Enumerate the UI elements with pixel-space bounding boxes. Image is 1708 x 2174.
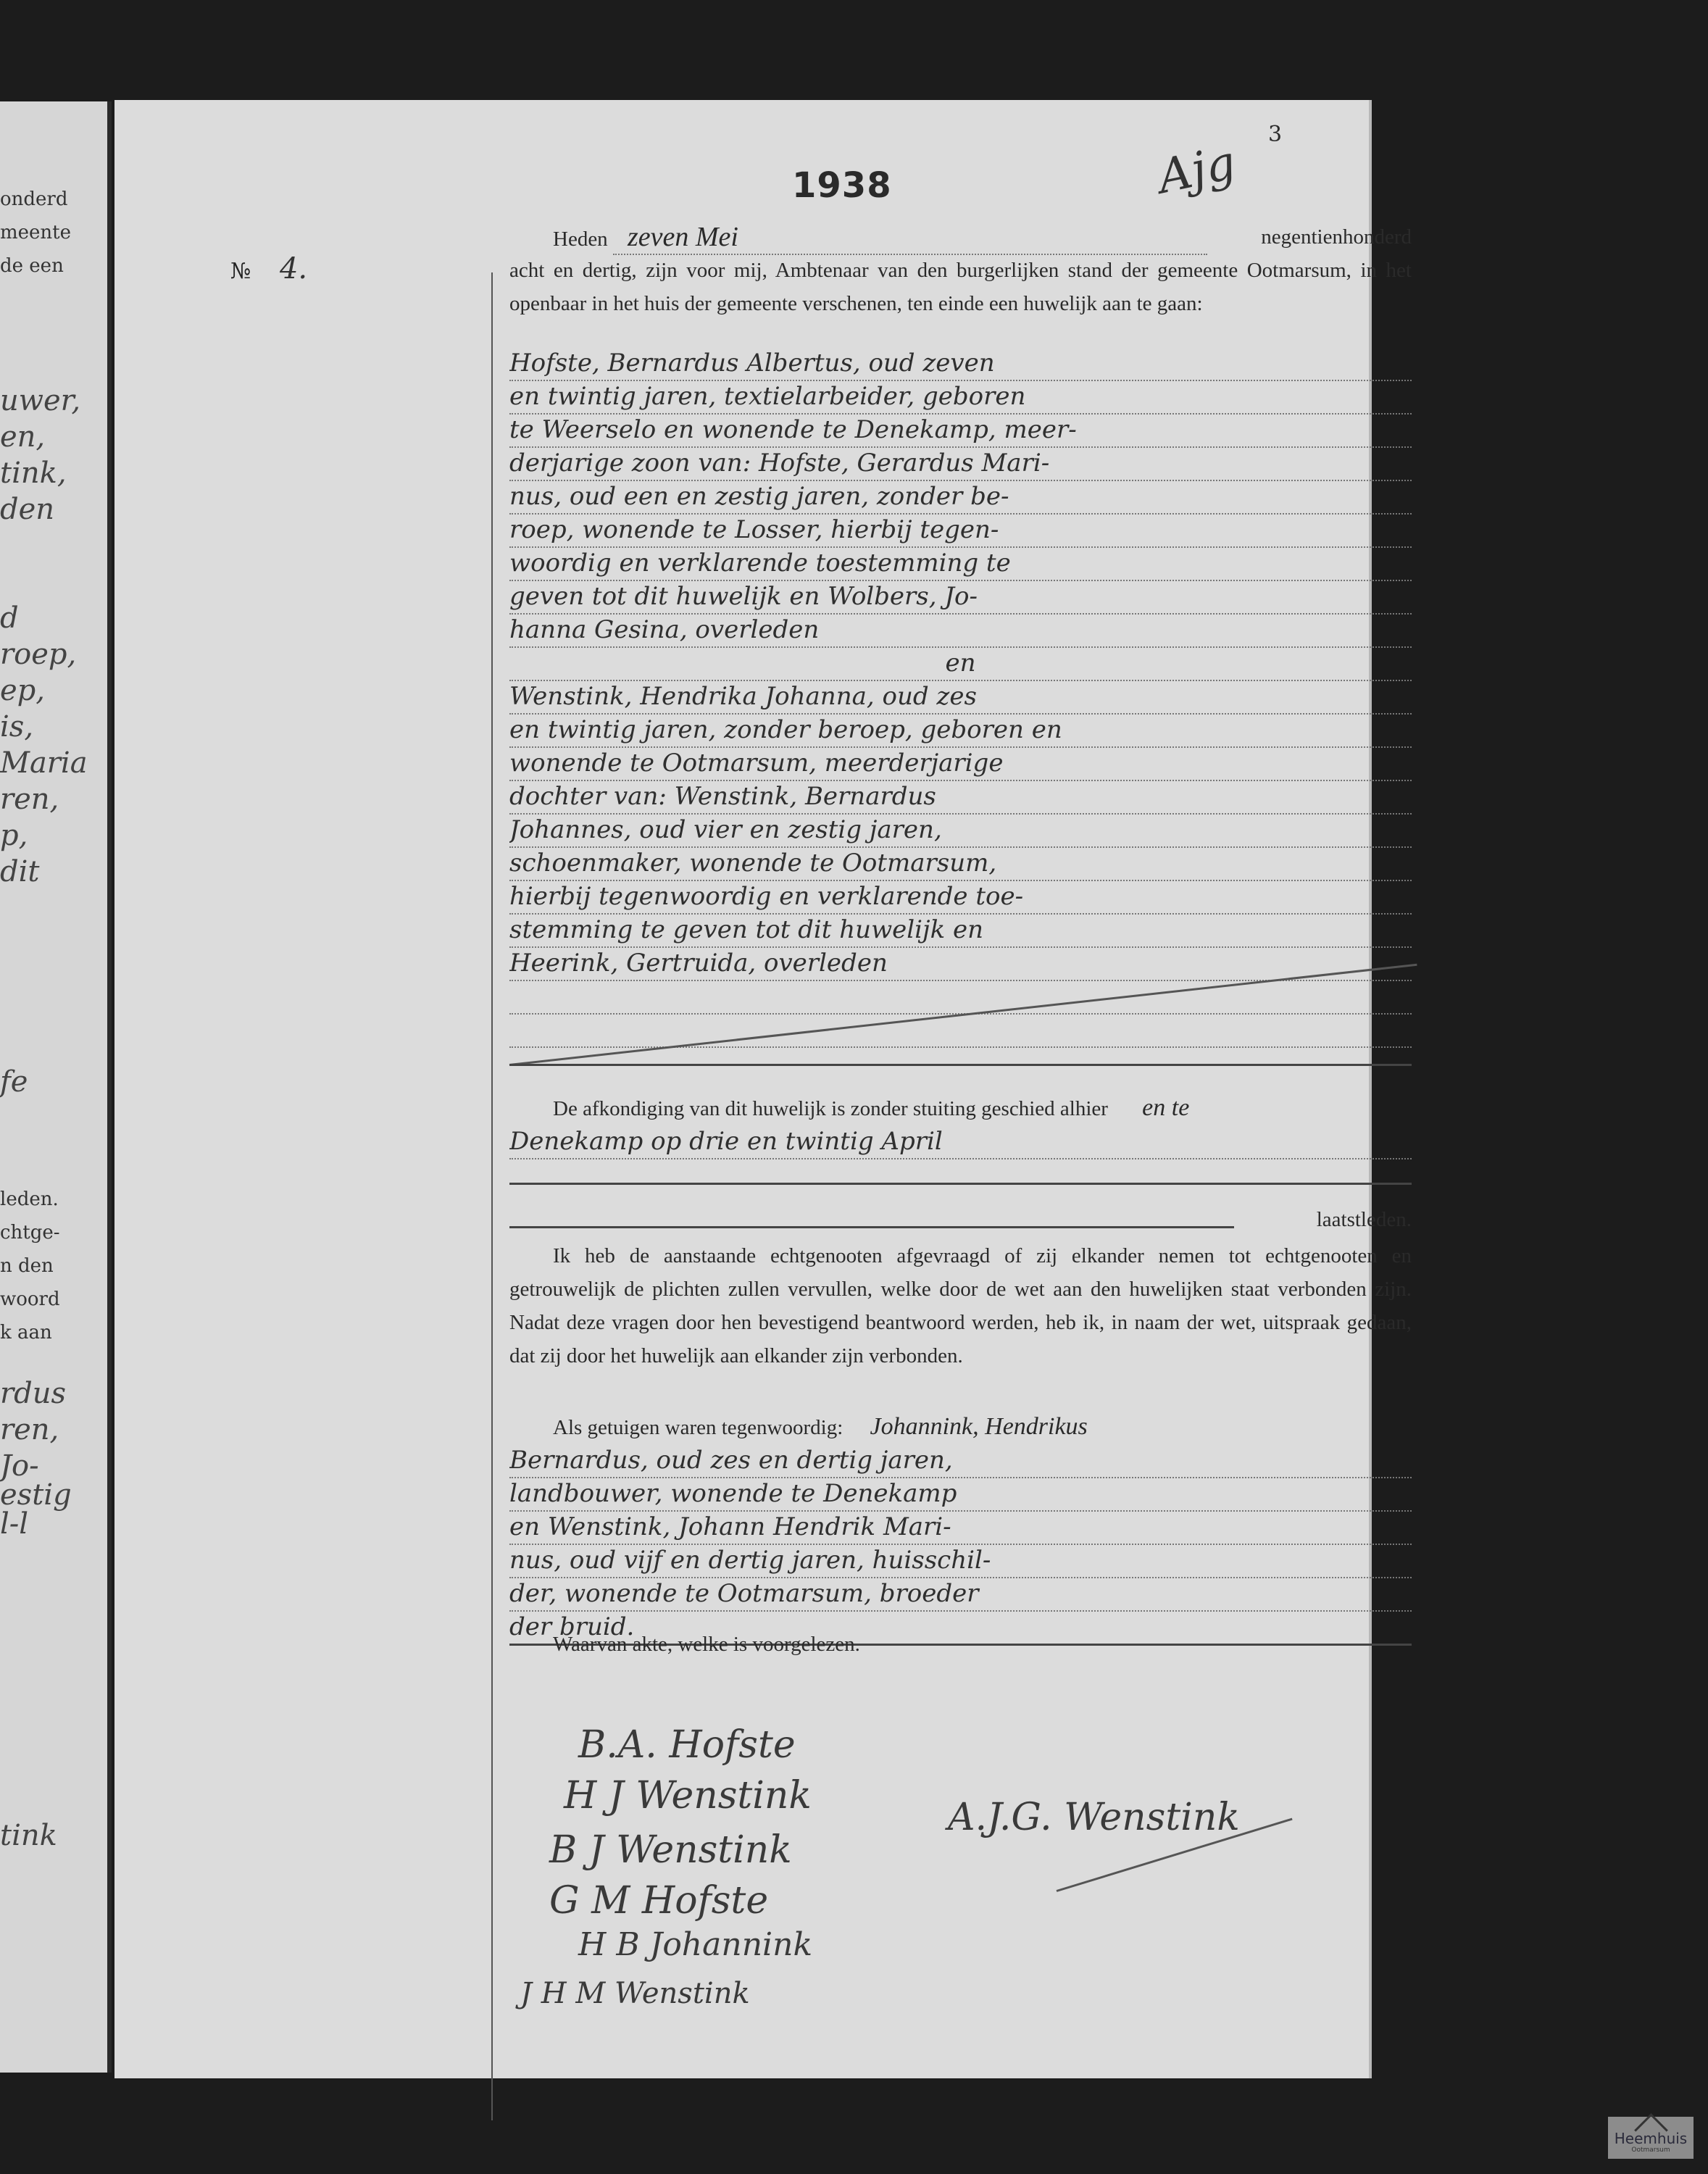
- heden-label: Heden: [553, 228, 608, 251]
- signature-bride: H J Wenstink: [564, 1774, 812, 1817]
- left-page-handwriting: l-l: [0, 1507, 28, 1541]
- section-rule: [509, 1064, 1412, 1066]
- groom-line: woordig en verklarende toestemming te: [509, 546, 1412, 581]
- official-initials: Ajg: [1153, 136, 1240, 205]
- left-page-handwriting: ren,: [0, 1413, 59, 1446]
- bride-line: Johannes, oud vier en zestig jaren,: [509, 813, 1412, 848]
- witness-line: en Wenstink, Johann Hendrik Mari-: [509, 1510, 1412, 1545]
- groom-line: en twintig jaren, textielarbeider, gebor…: [509, 380, 1412, 415]
- register-page: 3 Ajg 1938 № 4. Heden zeven Mei negentie…: [114, 100, 1372, 2078]
- left-page-text: de een: [0, 255, 64, 277]
- groom-line: Hofste, Bernardus Albertus, oud zeven: [509, 346, 1412, 381]
- left-page-text: chtge-: [0, 1222, 64, 1244]
- witnesses-label: Als getuigen waren tegenwoordig:: [553, 1416, 843, 1439]
- bride-line: hierbij tegenwoordig en verklarende toe-: [509, 880, 1412, 915]
- akte-number-value: 4.: [280, 252, 307, 286]
- groom-line: te Weerselo en wonende te Denekamp, meer…: [509, 413, 1412, 448]
- left-page-handwriting: fe: [0, 1065, 28, 1099]
- left-page-handwriting: uwer,: [0, 384, 80, 417]
- afkondiging-handwritten: en te: [1142, 1094, 1189, 1121]
- number-sign: №: [230, 259, 251, 284]
- left-page-handwriting: tink: [0, 1819, 57, 1852]
- left-page-fragment: onderd meente de een uwer, en, tink, den…: [0, 101, 112, 2073]
- left-page-handwriting: is,: [0, 710, 33, 744]
- signature-bride-father: B J Wenstink: [549, 1828, 792, 1872]
- left-page-handwriting: ren,: [0, 783, 59, 816]
- left-page-text: onderd: [0, 188, 64, 210]
- bride-line: stemming te geven tot dit huwelijk en: [509, 913, 1412, 948]
- witness-first-line: Als getuigen waren tegenwoordig: Johanni…: [509, 1410, 1412, 1444]
- witness-line: nus, oud vijf en dertig jaren, huisschil…: [509, 1544, 1412, 1578]
- groom-line: derjarige zoon van: Hofste, Gerardus Mar…: [509, 446, 1412, 481]
- heemhuis-watermark: Heemhuis Ootmarsum: [1608, 2117, 1694, 2159]
- left-page-text: n den: [0, 1255, 64, 1277]
- witness-line: der, wonende te Ootmarsum, broeder: [509, 1577, 1412, 1612]
- groom-line: roep, wonende te Losser, hierbij tegen-: [509, 513, 1412, 548]
- negentienhonderd-label: negentienhonderd: [1261, 220, 1412, 254]
- bride-line: wonende te Ootmarsum, meerderjarige: [509, 746, 1412, 781]
- groom-line: hanna Gesina, overleden: [509, 613, 1412, 648]
- left-page-handwriting: roep,: [0, 638, 76, 671]
- left-page-handwriting: den: [0, 493, 54, 526]
- witness-line: Bernardus, oud zes en dertig jaren,: [509, 1444, 1412, 1478]
- page-number: 3: [1268, 122, 1282, 147]
- afkondiging-text: De afkondiging van dit huwelijk is zonde…: [553, 1097, 1108, 1120]
- record-year: 1938: [792, 165, 892, 206]
- watermark-subtitle: Ootmarsum: [1608, 2146, 1694, 2154]
- left-page-handwriting: tink,: [0, 457, 67, 490]
- empty-line: [509, 1013, 1412, 1048]
- left-page-handwriting: dit: [0, 855, 39, 888]
- bride-line: dochter van: Wenstink, Bernardus: [509, 780, 1412, 815]
- bride-line: Wenstink, Hendrika Johanna, oud zes: [509, 680, 1412, 715]
- left-page-handwriting: ep,: [0, 674, 45, 707]
- filler-rule: [509, 1183, 1412, 1185]
- left-page-text: k aan: [0, 1322, 64, 1344]
- laatstleden-label: laatstleden.: [509, 1203, 1412, 1236]
- bride-line: Heerink, Gertruida, overleden: [509, 946, 1412, 981]
- empty-line: [509, 980, 1412, 1015]
- signature-groom: B.A. Hofste: [578, 1723, 796, 1767]
- left-page-handwriting: Maria: [0, 746, 88, 780]
- groom-line: nus, oud een en zestig jaren, zonder be-: [509, 480, 1412, 515]
- intro-first-line: Heden zeven Mei negentienhonderd: [509, 220, 1412, 256]
- bride-line: schoenmaker, wonende te Ootmarsum,: [509, 846, 1412, 881]
- intro-text: acht en dertig, zijn voor mij, Ambtenaar…: [509, 254, 1412, 320]
- groom-line: geven tot dit huwelijk en Wolbers, Jo-: [509, 580, 1412, 615]
- signature-groom-father: G M Hofste: [549, 1879, 768, 1923]
- afkondiging-line: De afkondiging van dit huwelijk is zonde…: [509, 1091, 1412, 1125]
- signature-witness-1: H B Johannink: [578, 1926, 812, 1963]
- left-page-text: leden.: [0, 1188, 64, 1210]
- separator-en: en: [509, 646, 1412, 681]
- afkondiging-handwritten-line: Denekamp op drie en twintig April: [509, 1125, 1412, 1159]
- closing-text: Waarvan akte, welke is voorgelezen.: [509, 1628, 1412, 1661]
- left-page-text: woord: [0, 1288, 64, 1310]
- signature-official: A.J.G. Wenstink: [948, 1796, 1240, 1839]
- left-page-handwriting: rdus: [0, 1377, 66, 1410]
- left-page-handwriting: en,: [0, 420, 45, 454]
- witness-line: Johannink, Hendrikus: [870, 1413, 1088, 1440]
- signature-witness-2: J H M Wenstink: [520, 1977, 750, 2010]
- margin-rule: [491, 272, 493, 2120]
- left-page-handwriting: p,: [0, 819, 28, 852]
- left-page-text: meente: [0, 222, 64, 243]
- left-page-handwriting: d: [0, 601, 19, 635]
- akte-number: № 4.: [230, 252, 307, 286]
- date-handwritten: zeven Mei: [613, 220, 1207, 255]
- witness-line: landbouwer, wonende te Denekamp: [509, 1477, 1412, 1512]
- declaration-text: Ik heb de aanstaande echtgenooten afgevr…: [509, 1239, 1412, 1373]
- bride-line: en twintig jaren, zonder beroep, geboren…: [509, 713, 1412, 748]
